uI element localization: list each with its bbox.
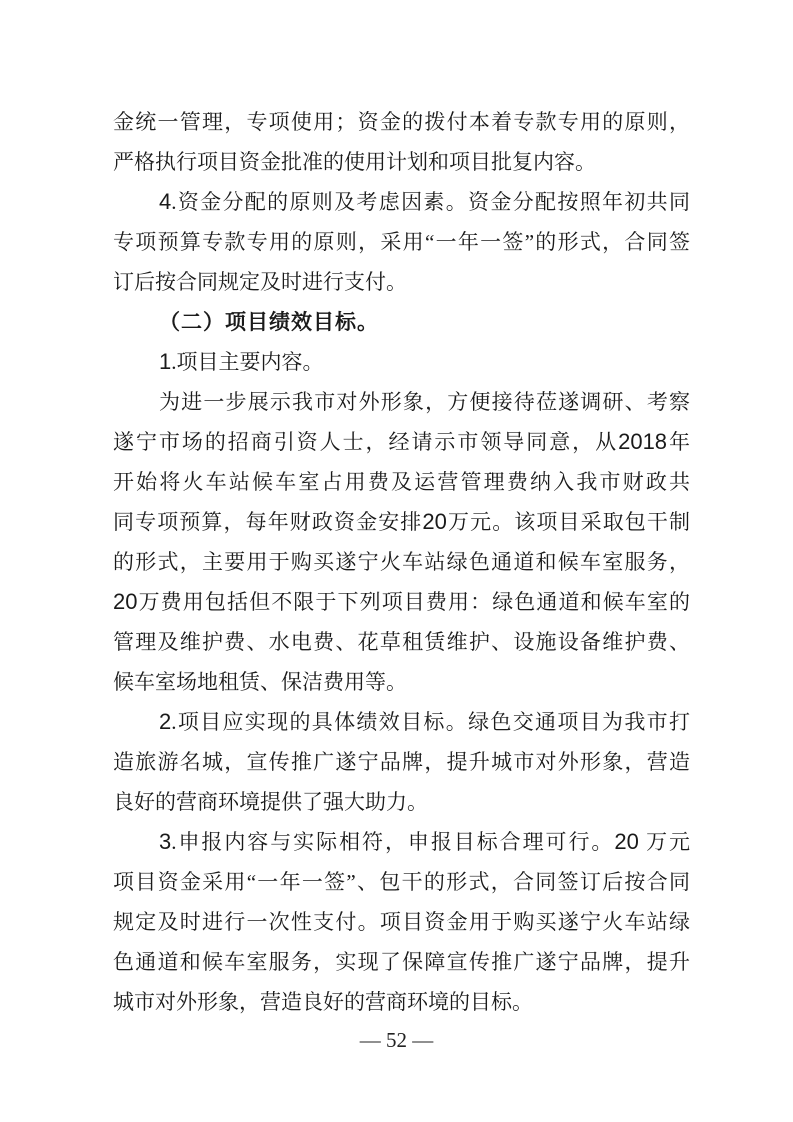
page-number: — 52 — bbox=[0, 1024, 793, 1056]
numeral: 3 bbox=[159, 829, 171, 854]
text-line: 订后按合同规定及时进行支付。 bbox=[113, 262, 690, 302]
text-line: 的形式，主要用于购买遂宁火车站绿色通道和候车室服务， bbox=[113, 542, 690, 582]
text-line: 项目资金采用“一年一签”、包干的形式，合同签订后按合同 bbox=[113, 862, 690, 902]
text-line: 候车室场地租赁、保洁费用等。 bbox=[113, 662, 690, 702]
text-line: 管理及维护费、水电费、花草租赁维护、设施设备维护费、 bbox=[113, 622, 690, 662]
document-page: 金统一管理，专项使用；资金的拨付本着专款专用的原则，严格执行项目资金批准的使用计… bbox=[0, 0, 793, 1122]
numeral: 20 bbox=[614, 829, 638, 854]
text-line: 城市对外形象，营造良好的营商环境的目标。 bbox=[113, 982, 690, 1022]
text-line: 规定及时进行一次性支付。项目资金用于购买遂宁火车站绿 bbox=[113, 902, 690, 942]
text-line: 良好的营商环境提供了强大助力。 bbox=[113, 782, 690, 822]
numeral: 2 bbox=[159, 709, 171, 734]
text-line: 4.资金分配的原则及考虑因素。资金分配按照年初共同 bbox=[113, 182, 690, 222]
numeral: 20 bbox=[422, 509, 446, 534]
document-body: 金统一管理，专项使用；资金的拨付本着专款专用的原则，严格执行项目资金批准的使用计… bbox=[113, 102, 690, 1022]
text-line: 20万费用包括但不限于下列项目费用：绿色通道和候车室的 bbox=[113, 582, 690, 622]
text-line: 3.申报内容与实际相符，申报目标合理可行。20 万元 bbox=[113, 822, 690, 862]
text-line: （二）项目绩效目标。 bbox=[113, 302, 690, 342]
numeral: 4 bbox=[159, 189, 171, 214]
text-line: 专项预算专款专用的原则，采用“一年一签”的形式，合同签 bbox=[113, 222, 690, 262]
text-line: 为进一步展示我市对外形象，方便接待莅遂调研、考察 bbox=[113, 382, 690, 422]
text-line: 金统一管理，专项使用；资金的拨付本着专款专用的原则， bbox=[113, 102, 690, 142]
numeral: 2018 bbox=[618, 429, 667, 454]
text-line: 2.项目应实现的具体绩效目标。绿色交通项目为我市打 bbox=[113, 702, 690, 742]
text-line: 严格执行项目资金批准的使用计划和项目批复内容。 bbox=[113, 142, 690, 182]
text-line: 开始将火车站候车室占用费及运营管理费纳入我市财政共 bbox=[113, 462, 690, 502]
text-line: 同专项预算，每年财政资金安排20万元。该项目采取包干制 bbox=[113, 502, 690, 542]
numeral: 20 bbox=[113, 589, 137, 614]
text-line: 造旅游名城，宣传推广遂宁品牌，提升城市对外形象，营造 bbox=[113, 742, 690, 782]
text-line: 遂宁市场的招商引资人士，经请示市领导同意，从2018年 bbox=[113, 422, 690, 462]
text-line: 1.项目主要内容。 bbox=[113, 342, 690, 382]
text-line: 色通道和候车室服务，实现了保障宣传推广遂宁品牌，提升 bbox=[113, 942, 690, 982]
numeral: 1 bbox=[159, 349, 171, 374]
